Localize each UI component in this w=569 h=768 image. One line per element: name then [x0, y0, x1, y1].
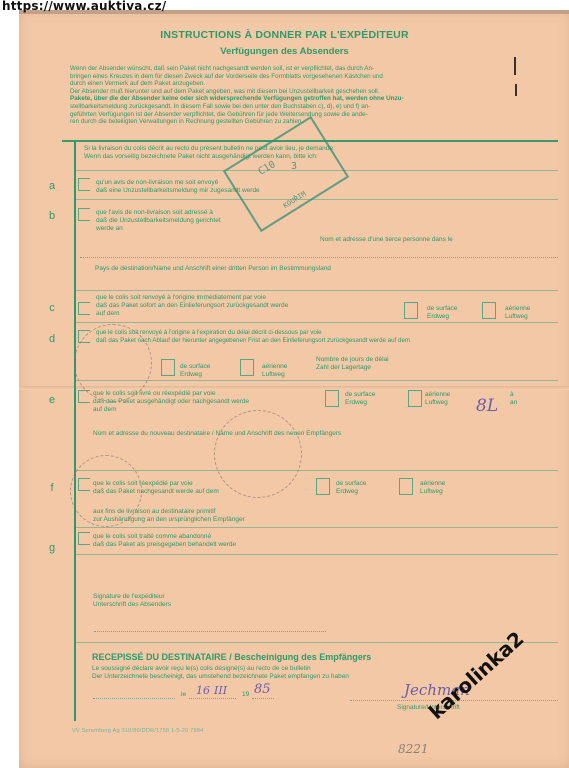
- option-b-dest-label: Pays de destination/Name und Anschrift e…: [95, 265, 331, 273]
- pencil-note: 8221: [398, 742, 429, 756]
- option-letter-a: a: [45, 180, 59, 192]
- postmark-circle: [70, 455, 142, 527]
- air-de: Luftweg: [420, 488, 443, 495]
- divider: [76, 527, 558, 528]
- divider: [76, 554, 558, 555]
- receipt-day: 16: [196, 684, 210, 697]
- option-e-handwritten-mark: 8L: [476, 396, 498, 416]
- surface-fr: de surface: [427, 305, 457, 312]
- option-d-air-checkbox[interactable]: [240, 359, 254, 376]
- receipt-text-de: Der Unterzeichnete bescheinigt, das umst…: [92, 673, 349, 681]
- sender-signature-label-de: Unterschrift des Absenders: [93, 601, 171, 609]
- divider: [76, 470, 558, 471]
- sender-signature-line[interactable]: [94, 631, 326, 632]
- air-fr: aérienne: [420, 480, 445, 487]
- option-c-surface-label: de surfaceErdweg: [427, 305, 457, 320]
- intro-line: Pakete, über die der Absender keine oder…: [70, 95, 550, 103]
- pencil-mark: [515, 84, 517, 96]
- option-letter-c: c: [45, 302, 59, 314]
- option-e-to-label: àan: [510, 391, 517, 406]
- option-c-surface-checkbox[interactable]: [404, 302, 418, 319]
- option-c-checkbox[interactable]: [78, 302, 90, 315]
- intro-line: Wenn der Absender wünscht, daß sein Pake…: [70, 65, 550, 73]
- receipt-title: RECEPISSÉ DU DESTINATAIRE / Bescheinigun…: [92, 652, 371, 662]
- option-letter-f: f: [45, 482, 59, 494]
- option-letter-g: g: [45, 542, 59, 554]
- option-e-surface-checkbox[interactable]: [325, 390, 339, 407]
- days-de: Zahl der Lagertage: [316, 364, 371, 371]
- stamp-number: 3: [291, 161, 297, 172]
- option-g-text-fr: que le colis soit traité comme abandonné: [93, 533, 211, 541]
- to-fr: à: [510, 391, 514, 398]
- receipt-date-line[interactable]: [189, 698, 236, 699]
- receipt-le-label: le: [181, 691, 186, 699]
- intro-line: Der Absender muß hierunter und auf dem P…: [70, 88, 550, 96]
- surface-fr: de surface: [345, 391, 375, 398]
- form-subtitle: Verfügungen des Absenders: [0, 46, 569, 57]
- postmark-circle: [74, 324, 152, 402]
- section-left-rule: [74, 141, 76, 721]
- surface-de: Erdweg: [336, 488, 358, 495]
- option-c-text-fr: que le colis soit renvoyé à l'origine im…: [96, 294, 266, 302]
- option-g-checkbox[interactable]: [78, 532, 90, 545]
- option-g-text-de: daß das Paket als preisgegeben behandelt…: [93, 541, 236, 549]
- option-d-air-label: aérienneLuftweg: [262, 363, 287, 378]
- days-fr: Nombre de jours de délai: [316, 356, 389, 363]
- sender-signature-label-fr: Signature de l'expéditeur: [93, 593, 165, 601]
- option-c-text-de: daß das Paket sofort an den Einlieferung…: [96, 302, 288, 310]
- air-de: Luftweg: [425, 399, 448, 406]
- to-de: an: [510, 399, 517, 406]
- option-d-surface-checkbox[interactable]: [161, 359, 175, 376]
- intro-line: bringen eines Kreuzes in dem für diesen …: [70, 73, 550, 81]
- receipt-century: 19: [242, 691, 249, 699]
- option-a-checkbox[interactable]: [78, 178, 90, 191]
- surface-de: Erdweg: [427, 313, 449, 320]
- surface-de: Erdweg: [180, 371, 202, 378]
- surface-fr: de surface: [180, 363, 210, 370]
- option-e-surface-label: de surfaceErdweg: [345, 391, 375, 406]
- divider: [76, 199, 558, 200]
- intro-line: stellbarkeitsmeldung zurückgesandt. In d…: [70, 103, 550, 111]
- form-title: INSTRUCTIONS À DONNER PAR L'EXPÉDITEUR: [0, 29, 569, 41]
- surface-fr: de surface: [336, 480, 366, 487]
- intro-line: durch einen Vermerk auf dem Paket anzuge…: [70, 80, 550, 88]
- air-de: Luftweg: [262, 371, 285, 378]
- source-url: https://www.auktiva.cz/: [2, 0, 166, 13]
- receipt-place-line[interactable]: [93, 698, 175, 699]
- option-b-name-label: Nom et adresse d'une tierce personne dan…: [320, 236, 453, 244]
- option-f-surface-checkbox[interactable]: [316, 478, 330, 495]
- option-e-air-label: aérienneLuftweg: [425, 391, 450, 406]
- option-b-text-de2: werde an: [96, 225, 123, 233]
- receipt-title-fr: RECEPISSÉ DU DESTINATAIRE: [92, 652, 227, 662]
- option-b-text-de: daß die Unzustellbarkeitsmeldung gericht…: [96, 217, 221, 225]
- air-fr: aérienne: [262, 363, 287, 370]
- option-d-days-label: Nombre de jours de délaiZahl der Lagerta…: [316, 356, 389, 371]
- receipt-title-de: / Bescheinigung des Empfängers: [229, 652, 371, 662]
- air-fr: aérienne: [425, 391, 450, 398]
- option-e-air-checkbox[interactable]: [408, 390, 422, 407]
- option-c-text-de2: auf dem: [96, 310, 120, 318]
- option-f-surface-label: de surfaceErdweg: [336, 480, 366, 495]
- surface-de: Erdweg: [345, 399, 367, 406]
- option-a-text-fr: qu'un avis de non-livraison me soit envo…: [96, 179, 218, 187]
- divider: [76, 322, 558, 323]
- option-e-text-de2: auf dem: [93, 406, 117, 414]
- option-letter-e: e: [45, 394, 59, 406]
- postmark-circle: [214, 410, 302, 498]
- receipt-year: 85: [254, 682, 271, 697]
- print-footer: VV Spremberg Ag 310/80/DDR/1758 1-5-20 7…: [72, 728, 203, 734]
- option-c-air-checkbox[interactable]: [482, 302, 496, 319]
- option-letter-d: d: [45, 333, 59, 345]
- option-f-air-checkbox[interactable]: [399, 478, 413, 495]
- air-de: Luftweg: [505, 313, 528, 320]
- option-b-text-fr: que l'avis de non-livraison soit adressé…: [96, 209, 213, 217]
- air-fr: aérienne: [505, 305, 530, 312]
- divider: [76, 642, 558, 643]
- divider: [76, 380, 558, 381]
- receipt-text-fr: Le soussigné déclare avoir reçu le(s) co…: [92, 665, 311, 673]
- option-f-air-label: aérienneLuftweg: [420, 480, 445, 495]
- option-d-surface-label: de surfaceErdweg: [180, 363, 210, 378]
- pencil-mark: [514, 57, 516, 75]
- receipt-year-line[interactable]: [252, 698, 274, 699]
- option-b-address-line[interactable]: [80, 257, 558, 258]
- option-letter-b: b: [45, 210, 59, 222]
- receipt-month: III: [214, 684, 227, 697]
- option-c-air-label: aérienneLuftweg: [505, 305, 530, 320]
- divider: [76, 290, 558, 291]
- option-b-checkbox[interactable]: [78, 208, 90, 221]
